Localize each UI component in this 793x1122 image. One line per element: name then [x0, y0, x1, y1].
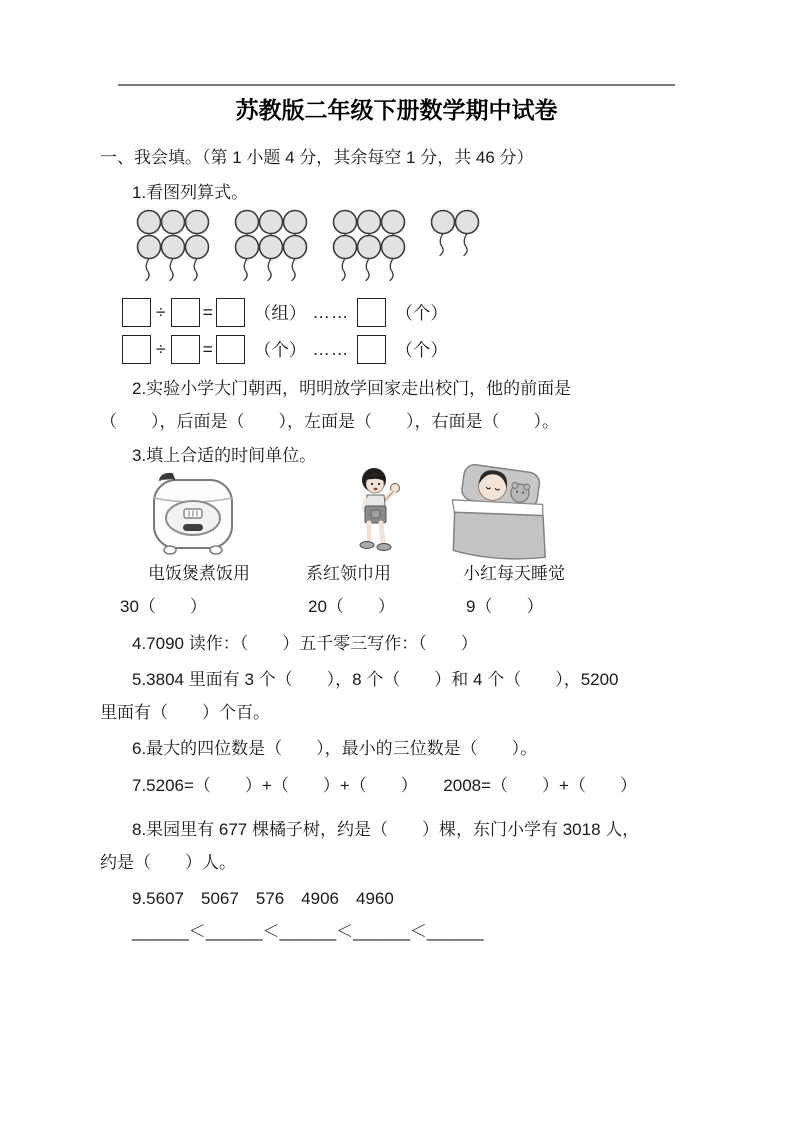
- balloon: [138, 236, 161, 259]
- balloon: [162, 211, 185, 234]
- equals-sign: =: [202, 339, 214, 360]
- q3-value: 9（ ）: [466, 595, 543, 619]
- balloon: [358, 211, 381, 234]
- answer-box[interactable]: [122, 335, 151, 364]
- balloon: [334, 211, 357, 234]
- q5-line-1: 5.3804 里面有 3 个（ ），8 个（ ）和 4 个（ ），5200: [132, 668, 619, 692]
- q7-text: 7.5206=（ ）+（ ）+（ ） 2008=（ ）+（ ）: [132, 774, 637, 798]
- q3-value: 20（ ）: [308, 595, 395, 619]
- q8-line-2: 约是（ ）人。: [100, 851, 236, 875]
- answer-box[interactable]: [357, 335, 386, 364]
- balloon: [382, 211, 405, 234]
- q3-caption: 小红每天睡觉: [463, 562, 565, 586]
- unit-label: （个）: [395, 337, 448, 362]
- rice-cooker-illustration: [140, 468, 245, 556]
- remainder-dots: ……: [312, 302, 349, 323]
- balloon: [260, 236, 283, 259]
- q3-value: 30（ ）: [120, 595, 207, 619]
- q4-text: 4.7090 读作：（ ）五千零三写作：（ ）: [132, 632, 478, 656]
- balloon: [236, 236, 259, 259]
- q3-label: 3.填上合适的时间单位。: [132, 444, 316, 468]
- balloon: [284, 236, 307, 259]
- balloon: [284, 211, 307, 234]
- unit-label: （个）: [395, 300, 448, 325]
- answer-box[interactable]: [122, 298, 151, 327]
- balloon: [382, 236, 405, 259]
- answer-box[interactable]: [171, 335, 200, 364]
- answer-box[interactable]: [357, 298, 386, 327]
- balloon: [260, 211, 283, 234]
- q8-line-1: 8.果园里有 677 棵橘子树，约是（ ）棵，东门小学有 3018 人，: [132, 818, 639, 842]
- q9-numbers: 9.5607 5067 576 4906 4960: [132, 887, 394, 911]
- q3-caption: 电饭煲煮饭用: [148, 562, 250, 586]
- page-title: 苏教版二年级下册数学期中试卷: [100, 92, 693, 125]
- balloon: [138, 211, 161, 234]
- balloon: [334, 236, 357, 259]
- balloon: [358, 236, 381, 259]
- remainder-dots: ……: [312, 339, 349, 360]
- q3-caption: 系红领巾用: [306, 562, 391, 586]
- q9-compare-line: ______＜______＜______＜______＜______: [132, 920, 484, 944]
- q1-label: 1.看图列算式。: [132, 181, 248, 205]
- unit-label: （个）: [254, 337, 307, 362]
- q2-line-2: （ ），后面是（ ），左面是（ ），右面是（ ）。: [100, 410, 559, 434]
- q1-equation-row-2: ÷ = （个） …… （个）: [122, 335, 448, 364]
- divide-sign: ÷: [155, 339, 167, 360]
- balloon: [186, 211, 209, 234]
- q5-line-2: 里面有（ ）个百。: [100, 701, 270, 725]
- section-heading: 一、我会填。（第 1 小题 4 分，其余每空 1 分，共 46 分）: [100, 146, 534, 170]
- exam-page: 苏教版二年级下册数学期中试卷 一、我会填。（第 1 小题 4 分，其余每空 1 …: [0, 0, 793, 1122]
- q1-equation-row-1: ÷ = （组） …… （个）: [122, 298, 448, 327]
- balloon: [186, 236, 209, 259]
- divide-sign: ÷: [155, 302, 167, 323]
- balloons-illustration: [135, 207, 515, 292]
- equals-sign: =: [202, 302, 214, 323]
- unit-label: （组）: [254, 300, 307, 325]
- q6-text: 6.最大的四位数是（ ），最小的三位数是（ ）。: [132, 737, 537, 761]
- balloon: [432, 211, 455, 234]
- sleeping-girl-illustration: [443, 463, 568, 563]
- balloon: [456, 211, 479, 234]
- boy-waving-illustration: [345, 466, 405, 558]
- balloon: [236, 211, 259, 234]
- answer-box[interactable]: [171, 298, 200, 327]
- top-rule: [118, 84, 675, 86]
- balloon: [162, 236, 185, 259]
- answer-box[interactable]: [216, 298, 245, 327]
- answer-box[interactable]: [216, 335, 245, 364]
- q2-line-1: 2.实验小学大门朝西，明明放学回家走出校门，他的前面是: [132, 377, 571, 401]
